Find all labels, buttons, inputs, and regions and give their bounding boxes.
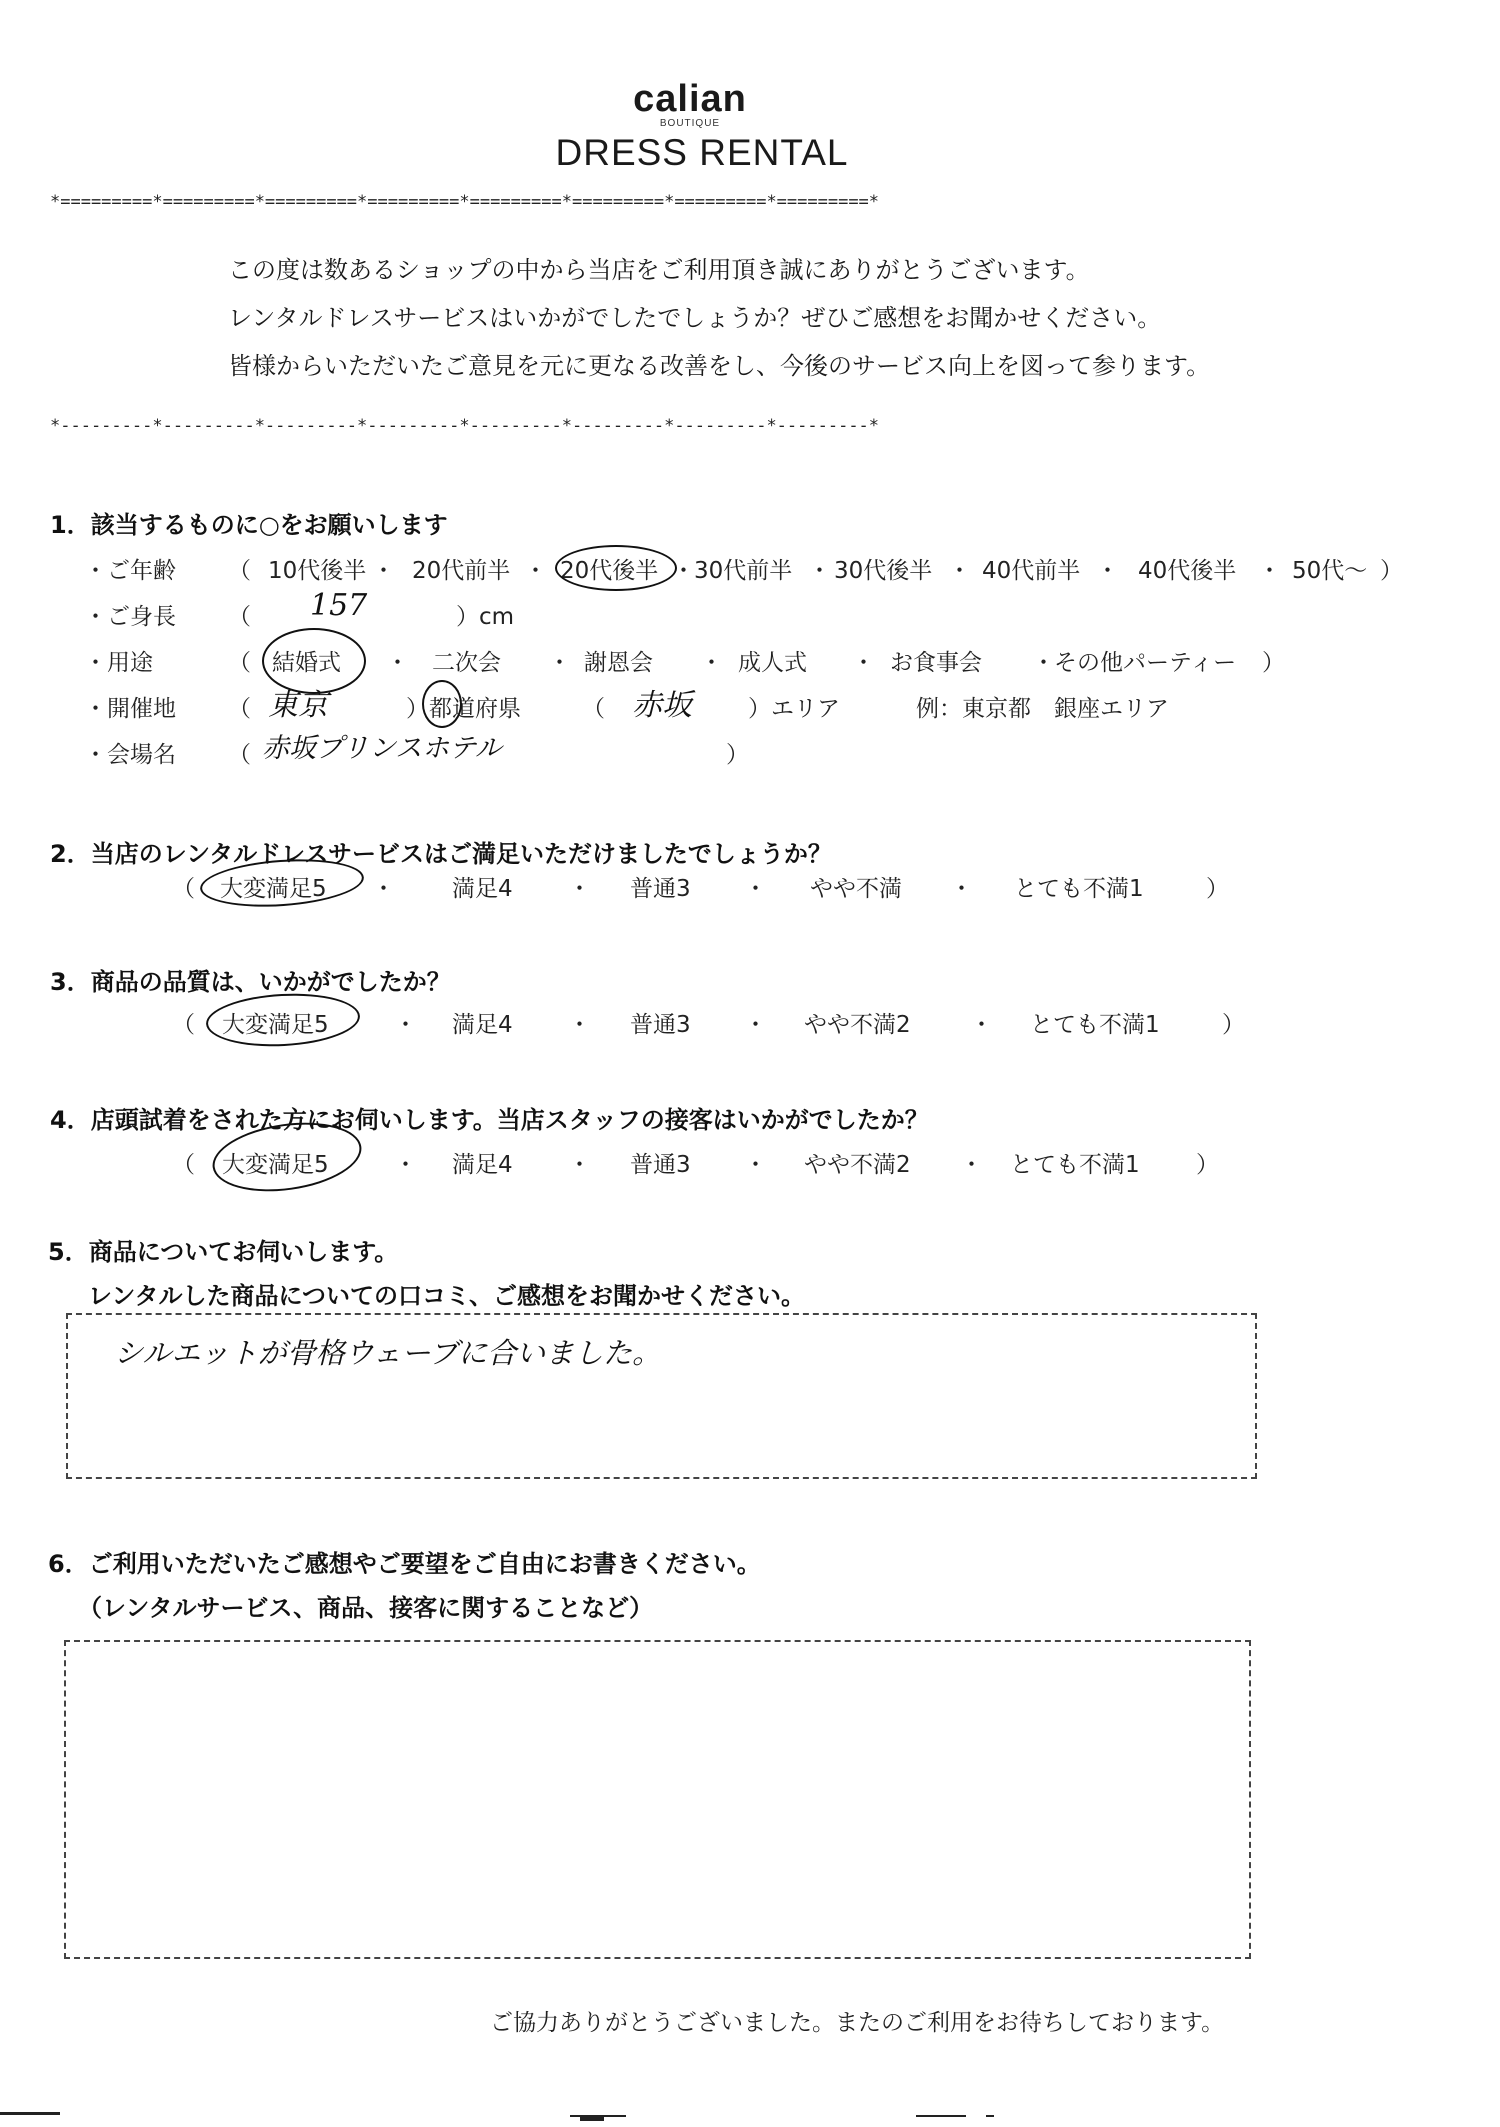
purpose-open-paren: （	[228, 644, 251, 677]
question-5-title: 5．商品についてお伺いします。	[48, 1232, 398, 1267]
q2-option-neutral[interactable]: 普通3	[630, 870, 691, 903]
brand-logo: calian	[0, 78, 1380, 121]
product-review-textarea[interactable]: シルエットが骨格ウェーブに合いました。	[66, 1313, 1257, 1479]
q2-dot: ・	[950, 870, 973, 903]
q4-dot: ・	[960, 1146, 983, 1179]
age-dot: ・	[672, 552, 695, 585]
intro-divider: *---------*---------*---------*---------…	[50, 416, 1360, 436]
q3-dot: ・	[394, 1006, 417, 1039]
intro-line-3: 皆様からいただいたご意見を元に更なる改善をし、今後のサービス向上を図って参ります…	[228, 346, 1210, 381]
question-2-title: 2．当店のレンタルドレスサービスはご満足いただけましたでしょうか？	[50, 834, 832, 869]
purpose-close-paren: ）	[1262, 644, 1285, 677]
q4-option-somewhat-dissatisfied[interactable]: やや不満2	[804, 1146, 911, 1179]
venue-label: ・会場名	[84, 736, 176, 769]
page-title: DRESS RENTAL	[0, 132, 1404, 174]
question-1-title: 1．該当するものに○をお願いします	[50, 505, 448, 540]
purpose-dot: ・	[700, 644, 723, 677]
height-unit: ）cm	[456, 598, 514, 631]
area-suffix: ）エリア	[748, 690, 840, 723]
q2-option-somewhat-dissatisfied[interactable]: やや不満	[810, 870, 902, 903]
age-option-20s-early[interactable]: 20代前半	[412, 552, 510, 585]
purpose-dot: ・	[548, 644, 571, 677]
purpose-dot: ・	[386, 644, 409, 677]
age-option-10s-late[interactable]: 10代後半	[268, 552, 366, 585]
location-open-paren: （	[228, 690, 251, 723]
age-dot: ・	[948, 552, 971, 585]
age-dot: ・	[808, 552, 831, 585]
q4-dot: ・	[394, 1146, 417, 1179]
age-dot: ・	[524, 552, 547, 585]
prefecture-suffix: ）都道府県	[406, 690, 521, 723]
venue-open-paren: （	[228, 736, 251, 769]
q3-dot: ・	[568, 1006, 591, 1039]
question-5-subtitle: レンタルした商品についての口コミ、ご感想をお聞かせください。	[88, 1276, 805, 1311]
area-open-paren: （	[582, 690, 605, 723]
q4-option-satisfied[interactable]: 満足4	[452, 1146, 513, 1179]
age-option-50s-plus[interactable]: 50代～	[1292, 552, 1367, 585]
age-option-40s-early[interactable]: 40代前半	[982, 552, 1080, 585]
purpose-option-thanks-party[interactable]: 謝恩会	[584, 644, 653, 677]
location-label: ・開催地	[84, 690, 176, 723]
purpose-option-other-party[interactable]: その他パーティー	[1054, 644, 1236, 677]
height-open-paren: （	[228, 598, 251, 631]
product-review-text: シルエットが骨格ウェーブに合いました。	[114, 1331, 661, 1372]
q4-dot: ・	[568, 1146, 591, 1179]
q4-dot: ・	[744, 1146, 767, 1179]
venue-close-paren: ）	[726, 736, 749, 769]
q3-dot: ・	[744, 1006, 767, 1039]
q3-close-paren: ）	[1222, 1006, 1245, 1039]
age-open-paren: （	[228, 552, 251, 585]
feedback-textarea[interactable]	[64, 1640, 1251, 1959]
q3-open-paren: （	[172, 1006, 195, 1039]
q4-option-very-dissatisfied[interactable]: とても不満1	[1010, 1146, 1140, 1179]
question-4-title: 4．店頭試着をされた方にお伺いします。当店スタッフの接客はいかがでしたか？	[50, 1100, 929, 1135]
intro-line-1: この度は数あるショップの中から当店をご利用頂き誠にありがとうございます。	[228, 250, 1090, 285]
q4-option-neutral[interactable]: 普通3	[630, 1146, 691, 1179]
q2-dot: ・	[744, 870, 767, 903]
venue-input[interactable]: 赤坂プリンスホテル	[262, 726, 502, 765]
age-option-30s-early[interactable]: 30代前半	[694, 552, 792, 585]
scan-artifact	[0, 2112, 60, 2115]
purpose-option-wedding[interactable]: 結婚式	[272, 644, 341, 677]
q3-dot: ・	[970, 1006, 993, 1039]
prefecture-input[interactable]: 東京	[268, 680, 328, 724]
q4-close-paren: ）	[1196, 1146, 1219, 1179]
scan-artifact	[580, 2117, 604, 2121]
q2-dot: ・	[372, 870, 395, 903]
q2-open-paren: （	[172, 870, 195, 903]
age-option-40s-late[interactable]: 40代後半	[1138, 552, 1236, 585]
purpose-label: ・用途	[84, 644, 153, 677]
footer-thanks: ご協力ありがとうございました。またのご利用をお待ちしております。	[490, 2004, 1224, 2037]
question-6-title: 6．ご利用いただいたご感想やご要望をご自由にお書きください。	[48, 1544, 761, 1579]
age-dot: ・	[1258, 552, 1281, 585]
purpose-dot: ・	[852, 644, 875, 677]
question-3-title: 3．商品の品質は、いかがでしたか？	[50, 962, 451, 997]
header-divider: *=========*=========*=========*=========…	[50, 192, 1360, 212]
q2-option-very-satisfied[interactable]: 大変満足5	[220, 870, 327, 903]
scan-artifact	[916, 2115, 966, 2117]
purpose-option-afterparty[interactable]: 二次会	[432, 644, 501, 677]
age-dot: ・	[372, 552, 395, 585]
area-input[interactable]: 赤坂	[632, 680, 692, 724]
q2-close-paren: ）	[1206, 870, 1229, 903]
height-input[interactable]: 157	[310, 588, 367, 623]
age-option-20s-late[interactable]: 20代後半	[560, 552, 658, 585]
q4-open-paren: （	[172, 1146, 195, 1179]
q3-option-very-dissatisfied[interactable]: とても不満1	[1030, 1006, 1160, 1039]
q3-option-satisfied[interactable]: 満足4	[452, 1006, 513, 1039]
purpose-dot: ・	[1032, 644, 1055, 677]
q4-option-very-satisfied[interactable]: 大変満足5	[222, 1146, 329, 1179]
brand-sublabel: BOUTIQUE	[0, 118, 1380, 129]
q3-option-neutral[interactable]: 普通3	[630, 1006, 691, 1039]
height-label: ・ご身長	[84, 598, 176, 631]
scan-artifact	[986, 2115, 994, 2117]
q2-option-very-dissatisfied[interactable]: とても不満1	[1014, 870, 1144, 903]
intro-line-2: レンタルドレスサービスはいかがでしたでしょうか？ぜひご感想をお聞かせください。	[228, 298, 1161, 333]
q3-option-somewhat-dissatisfied[interactable]: やや不満2	[804, 1006, 911, 1039]
q3-option-very-satisfied[interactable]: 大変満足5	[222, 1006, 329, 1039]
q2-option-satisfied[interactable]: 満足4	[452, 870, 513, 903]
age-close-paren: ）	[1380, 552, 1403, 585]
location-example: 例：東京都 銀座エリア	[916, 690, 1169, 723]
purpose-option-coming-of-age[interactable]: 成人式	[738, 644, 807, 677]
age-option-30s-late[interactable]: 30代後半	[834, 552, 932, 585]
purpose-option-dinner[interactable]: お食事会	[890, 644, 982, 677]
age-dot: ・	[1096, 552, 1119, 585]
question-6-subtitle: （レンタルサービス、商品、接客に関することなど）	[78, 1588, 653, 1623]
age-label: ・ご年齢	[84, 552, 176, 585]
q2-dot: ・	[568, 870, 591, 903]
